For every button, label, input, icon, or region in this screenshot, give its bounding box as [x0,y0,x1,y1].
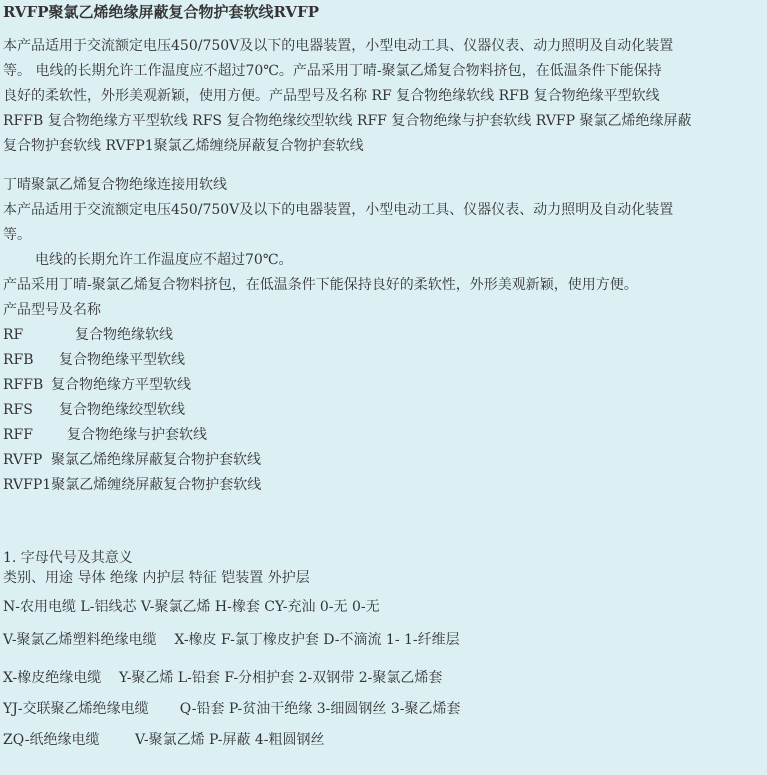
intro-line: 良好的柔软性，外形美观新颖，使用方便。产品型号及名称 RF 复合物绝缘软线 RF… [3,84,767,109]
model-row: RVFP聚氯乙烯绝缘屏蔽复合物护套软线 [3,448,767,473]
model-code: RVFP1 [3,477,51,493]
section-line: 产品采用丁晴-聚氯乙烯复合物料挤包，在低温条件下能保持良好的柔软性，外形美观新颖… [3,273,767,298]
code-columns-line: 类别、用途 导体 绝缘 内护层 特征 铠装置 外护层 [3,568,767,588]
intro-line: RFFB 复合物绝缘方平型软线 RFS 复合物绝缘绞型软线 RFF 复合物绝缘与… [3,109,767,134]
model-name: 聚氯乙烯绝缘屏蔽复合物护套软线 [51,452,261,468]
section-connection-cords: 丁晴聚氯乙烯复合物绝缘连接用软线 本产品适用于交流额定电压450/750V及以下… [3,173,767,498]
models-heading: 产品型号及名称 [3,298,767,323]
model-name: 复合物绝缘软线 [75,327,173,343]
model-row: RFF复合物绝缘与护套软线 [3,423,767,448]
section-heading: 1. 字母代号及其意义 [3,548,767,568]
code-row: N-农用电缆 L-铝线芯 V-聚氯乙烯 H-橡套 CY-充汕 0-无 0-无 [3,595,767,620]
model-name: 复合物绝缘平型软线 [59,352,185,368]
document-page: RVFP聚氯乙烯绝缘屏蔽复合物护套软线RVFP 本产品适用于交流额定电压450/… [0,2,767,753]
model-code: RFF [3,423,67,448]
section-line: 本产品适用于交流额定电压450/750V及以下的电器装置，小型电动工具、仪器仪表… [3,198,767,223]
model-row: RF复合物绝缘软线 [3,323,767,348]
section-letter-codes: 1. 字母代号及其意义 类别、用途 导体 绝缘 内护层 特征 铠装置 外护层 N… [3,548,767,753]
code-row: ZQ-纸绝缘电缆 V-聚氯乙烯 P-屏蔽 4-粗圆钢丝 [3,728,767,753]
intro-line: 复合物护套软线 RVFP1聚氯乙烯缠绕屏蔽复合物护套软线 [3,134,767,159]
model-name: 复合物绝缘绞型软线 [59,402,185,418]
section-line: 电线的长期允许工作温度应不超过70℃。 [3,248,767,273]
model-name: 复合物绝缘与护套软线 [67,427,207,443]
model-row: RVFP1聚氯乙烯缠绕屏蔽复合物护套软线 [3,473,767,498]
model-code: RFB [3,348,59,373]
intro-line: 本产品适用于交流额定电压450/750V及以下的电器装置，小型电动工具、仪器仪表… [3,34,767,59]
intro-paragraph: 本产品适用于交流额定电压450/750V及以下的电器装置，小型电动工具、仪器仪表… [3,34,767,159]
model-code: RFFB [3,373,51,398]
section-line: 等。 [3,223,767,248]
model-name: 聚氯乙烯缠绕屏蔽复合物护套软线 [51,477,261,493]
spacer [3,498,767,548]
model-code: RFS [3,398,59,423]
code-row: X-橡皮绝缘电缆 Y-聚乙烯 L-铅套 F-分相护套 2-双钢带 2-聚氯乙烯套 [3,666,767,691]
section-heading: 丁晴聚氯乙烯复合物绝缘连接用软线 [3,173,767,198]
model-row: RFB复合物绝缘平型软线 [3,348,767,373]
code-row: V-聚氯乙烯塑料绝缘电缆 X-橡皮 F-氯丁橡皮护套 D-不滴流 1- 1-纤维… [3,628,767,653]
model-row: RFS复合物绝缘绞型软线 [3,398,767,423]
model-code: RVFP [3,448,51,473]
page-title: RVFP聚氯乙烯绝缘屏蔽复合物护套软线RVFP [3,2,767,22]
model-code: RF [3,323,75,348]
intro-line: 等。 电线的长期允许工作温度应不超过70℃。产品采用丁晴-聚氯乙烯复合物料挤包，… [3,59,767,84]
code-row: YJ-交联聚乙烯绝缘电缆 Q-铅套 P-贫油干绝缘 3-细圆钢丝 3-聚乙烯套 [3,697,767,722]
model-name: 复合物绝缘方平型软线 [51,377,191,393]
model-row: RFFB复合物绝缘方平型软线 [3,373,767,398]
